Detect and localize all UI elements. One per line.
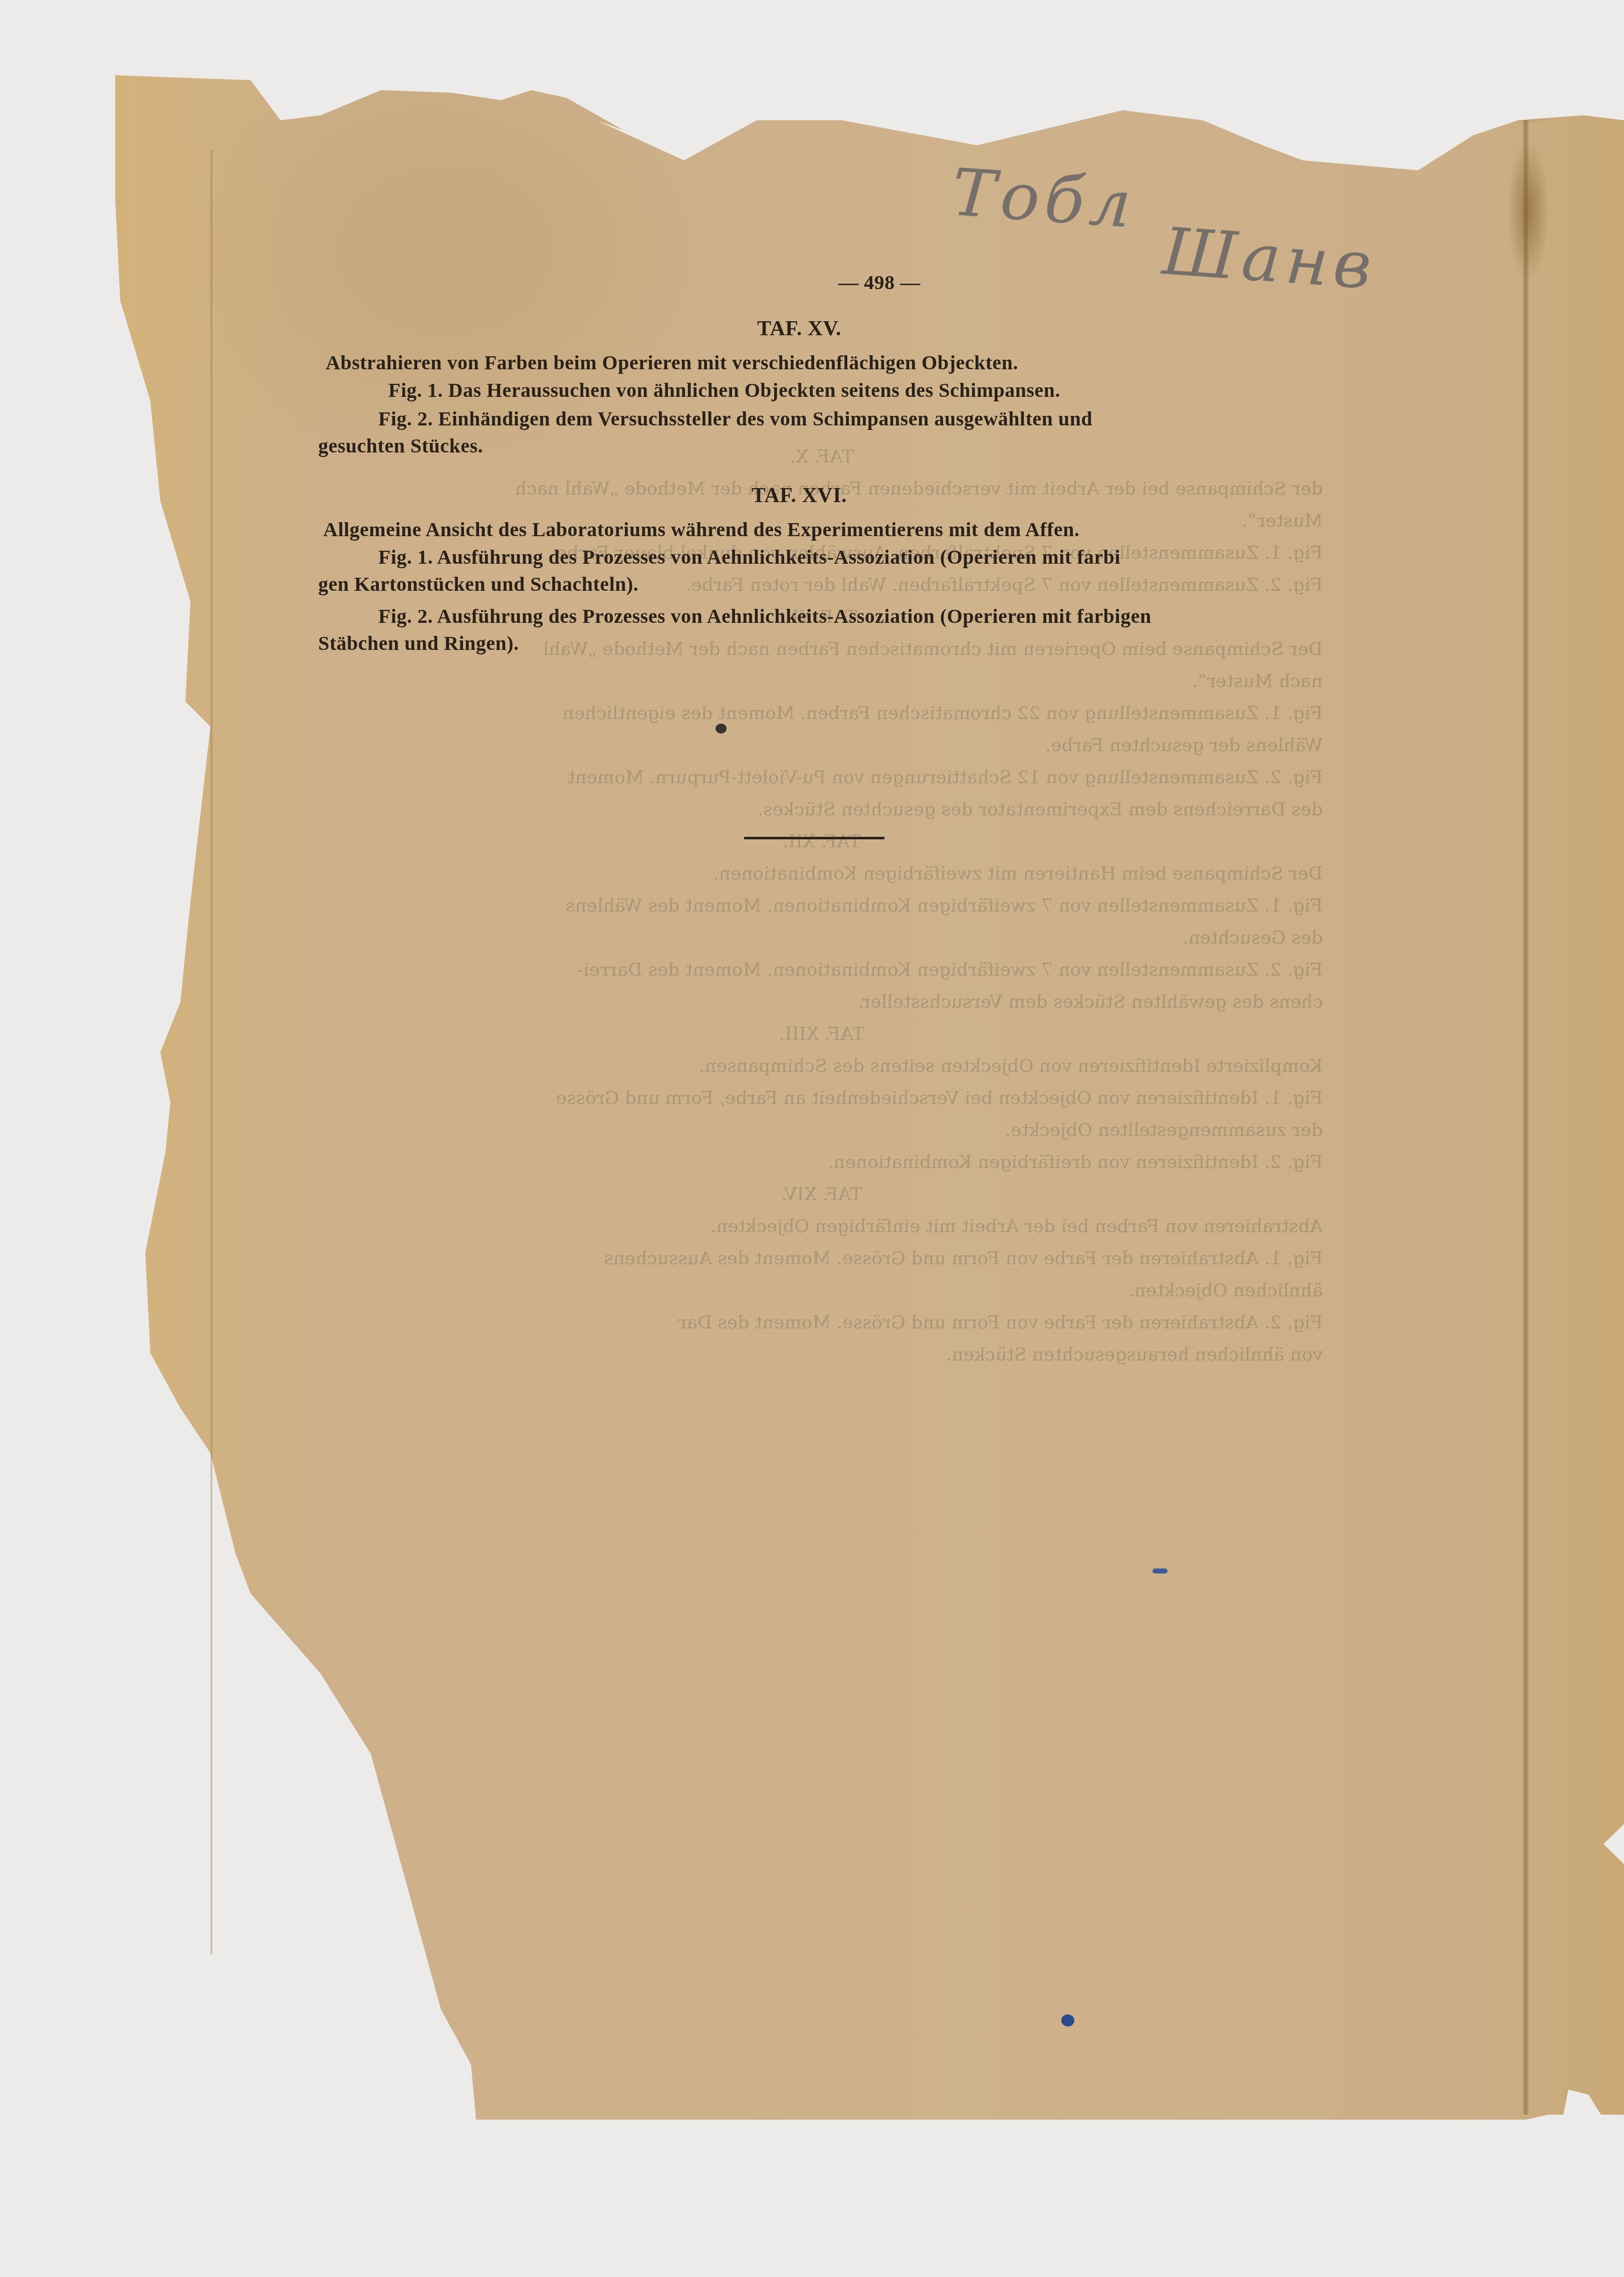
handwritten-note-line-1: Тобл xyxy=(950,154,1138,243)
bleed-line: TAF. XIII. xyxy=(321,1018,1323,1050)
plate-heading-xvi: TAF. XVI. xyxy=(308,484,1290,508)
bleed-line: TAF. XII. xyxy=(321,826,1323,858)
bleed-line: Fig. 2. Identifizieren von dreifärbigen … xyxy=(321,1147,1323,1179)
bleed-line: des Gesuchten. xyxy=(321,922,1323,954)
bleed-line: Fig. 1. Identifizieren von Objeckten bei… xyxy=(321,1082,1323,1114)
section-end-rule xyxy=(744,837,884,839)
plate-xvi-fig2-line2: Stäbchen und Ringen). xyxy=(318,631,519,655)
ink-speck xyxy=(716,724,727,734)
plate-xv-fig2-line2: gesuchten Stückes. xyxy=(318,434,483,458)
bleed-line: chens des gewählten Stückes dem Versuchs… xyxy=(321,986,1323,1018)
plate-heading-xv: TAF. XV. xyxy=(308,317,1290,341)
bleed-line: Fig. 2. Abstrahieren der Farbe von Form … xyxy=(321,1307,1323,1339)
bleed-line: Fig. 1. Zusammenstellen von 7 zweifärbig… xyxy=(321,890,1323,922)
plate-xvi-fig1-line2: gen Kartonstücken und Schachteln). xyxy=(318,572,638,596)
bleed-line: Der Schimpanse beim Hantieren mit zweifä… xyxy=(321,858,1323,890)
bleed-line: Abstrahieren von Farben bei der Arbeit m… xyxy=(321,1211,1323,1243)
left-fold-line xyxy=(210,150,212,1954)
plate-xvi-fig2-line1: Fig. 2. Ausführung des Prozesses von Aeh… xyxy=(378,604,1151,628)
plate-xv-caption: Abstrahieren von Farben beim Operieren m… xyxy=(326,351,1018,374)
bleed-line: nach Muster“. xyxy=(321,665,1323,698)
bleed-line: des Darreichens dem Experimentator des g… xyxy=(321,794,1323,826)
bleed-line: von ähnlichen herausgesuchten Stücken. xyxy=(321,1339,1323,1371)
plate-xv-fig2-line1: Fig. 2. Einhändigen dem Versuchssteller … xyxy=(378,407,1092,430)
bleed-line: Wählens der gesuchten Farbe. xyxy=(321,730,1323,762)
blue-ink-speck xyxy=(1061,2014,1074,2026)
bleed-line: ähnlichen Objeckten. xyxy=(321,1275,1323,1307)
bleed-line: Fig. 2. Zusammenstellen von 7 zweifärbig… xyxy=(321,954,1323,986)
plate-xv-fig1: Fig. 1. Das Heraussuchen von ähnlichen O… xyxy=(388,378,1060,402)
bleed-line: Fig. 1. Zusammenstellung von 22 chromati… xyxy=(321,698,1323,730)
handwritten-note-line-2: Шанв xyxy=(1160,213,1379,304)
bleed-line: der zusammengestellten Objeckte. xyxy=(321,1114,1323,1147)
blue-ink-mark xyxy=(1152,1568,1168,1573)
plate-xvi-caption: Allgemeine Ansicht des Laboratoriums wäh… xyxy=(323,518,1080,541)
bleed-line: Fig. 1. Abstrahieren der Farbe von Form … xyxy=(321,1243,1323,1275)
bleed-line: Fig. 2. Zusammenstellung von 12 Schattie… xyxy=(321,762,1323,794)
fold-crease xyxy=(1522,120,1529,2115)
page-number: — 498 — xyxy=(739,271,1020,294)
plate-xvi-fig1-line1: Fig. 1. Ausführung des Prozesses von Aeh… xyxy=(378,545,1120,569)
bleed-line: Komplizierte Identifizieren von Objeckte… xyxy=(321,1050,1323,1082)
bleed-line: TAF. XIV. xyxy=(321,1179,1323,1211)
